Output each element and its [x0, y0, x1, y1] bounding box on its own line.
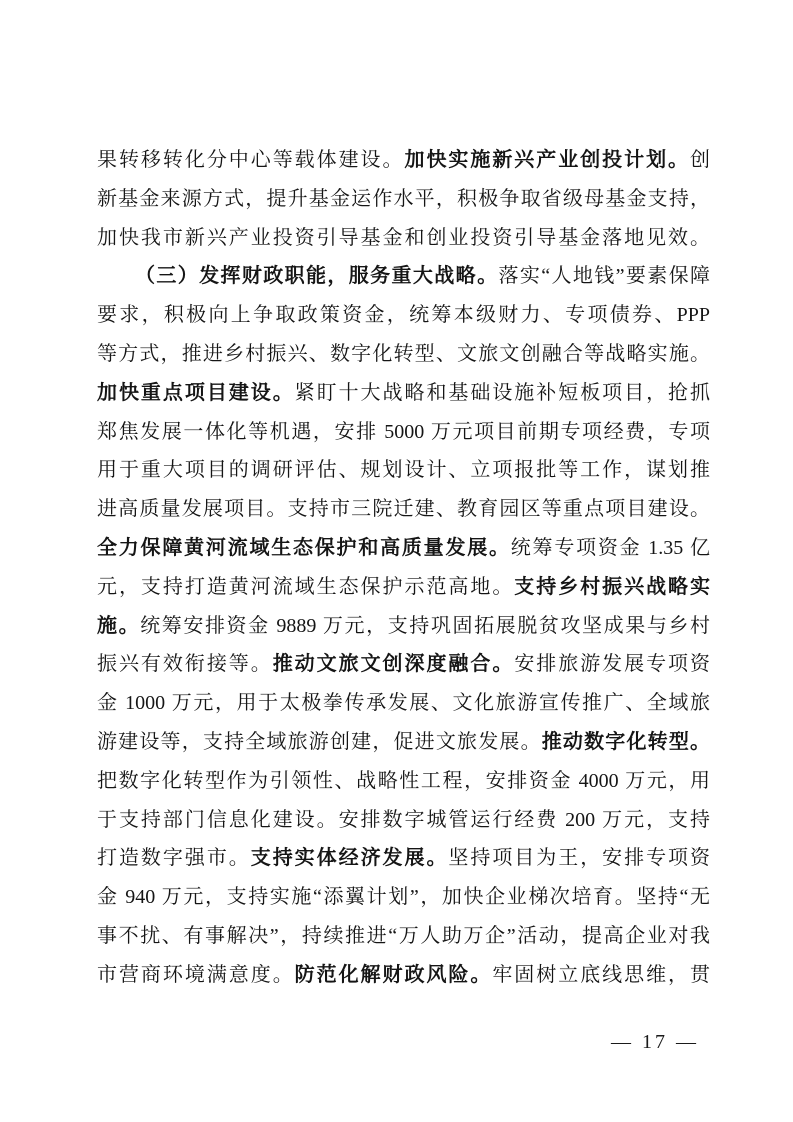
body-text: 统筹安排资金 9889 万元，支持巩固拓展脱贫攻坚成果与乡村 [140, 615, 710, 637]
text-line: 金 1000 万元，用于太极拳传承发展、文化旅游宣传推广、全域旅 [97, 684, 710, 723]
text-line: 事不扰、有事解决”，持续推进“万人助万企”活动，提高企业对我 [97, 917, 710, 956]
body-text: 市营商环境满意度。 [97, 964, 295, 986]
bold-emphasis-text: 支持乡村振兴战略实 [514, 576, 710, 598]
bold-emphasis-text: 推动数字化转型。 [542, 731, 710, 753]
body-text: 落实“人地钱”要素保障 [498, 265, 710, 287]
bold-emphasis-text: 推动文旅文创深度融合。 [273, 653, 515, 675]
body-text: 要求，积极向上争取政策资金，统筹本级财力、专项债券、PPP [97, 304, 710, 326]
body-text: 振兴有效衔接等。 [97, 653, 273, 675]
text-line: 把数字化转型作为引领性、战略性工程，安排资金 4000 万元，用 [97, 762, 710, 801]
text-block: 果转移转化分中心等载体建设。加快实施新兴产业创投计划。创新基金来源方式，提升基金… [97, 141, 710, 995]
text-line: 郑焦发展一体化等机遇，安排 5000 万元项目前期专项经费，专项 [97, 413, 710, 452]
text-line: 等方式，推进乡村振兴、数字化转型、文旅文创融合等战略实施。 [97, 335, 710, 374]
body-text: 新基金来源方式，提升基金运作水平，积极争取省级母基金支持， [97, 188, 710, 210]
body-text: 果转移转化分中心等载体建设。 [97, 149, 404, 171]
bold-emphasis-text: 支持实体经济发展。 [251, 847, 449, 869]
body-text: 等方式，推进乡村振兴、数字化转型、文旅文创融合等战略实施。 [97, 343, 710, 365]
body-text: 紧盯十大战略和基础设施补短板项目，抢抓 [295, 382, 710, 404]
body-text: 创 [690, 149, 710, 171]
body-text: 加快我市新兴产业投资引导基金和创业投资引导基金落地见效。 [97, 227, 710, 249]
body-text: 郑焦发展一体化等机遇，安排 5000 万元项目前期专项经费，专项 [97, 421, 710, 443]
text-line: 进高质量发展项目。支持市三院迁建、教育园区等重点项目建设。 [97, 490, 710, 529]
text-line: 金 940 万元，支持实施“添翼计划”，加快企业梯次培育。坚持“无 [97, 878, 710, 917]
bold-emphasis-text: 全力保障黄河流域生态保护和高质量发展。 [97, 537, 511, 559]
text-line: 于支持部门信息化建设。安排数字城管运行经费 200 万元，支持 [97, 801, 710, 840]
text-line: 加快我市新兴产业投资引导基金和创业投资引导基金落地见效。 [97, 219, 710, 258]
body-text: 进高质量发展项目。支持市三院迁建、教育园区等重点项目建设。 [97, 498, 710, 520]
body-text: 把数字化转型作为引领性、战略性工程，安排资金 4000 万元，用 [97, 770, 710, 792]
bold-emphasis-text: 防范化解财政风险。 [295, 964, 493, 986]
text-line: 元，支持打造黄河流域生态保护示范高地。支持乡村振兴战略实 [97, 568, 710, 607]
text-line: 用于重大项目的调研评估、规划设计、立项报批等工作，谋划推 [97, 451, 710, 490]
body-text: 用于重大项目的调研评估、规划设计、立项报批等工作，谋划推 [97, 459, 710, 481]
text-line: 要求，积极向上争取政策资金，统筹本级财力、专项债券、PPP [97, 296, 710, 335]
body-text: 安排旅游发展专项资 [514, 653, 710, 675]
body-text: 金 940 万元，支持实施“添翼计划”，加快企业梯次培育。坚持“无 [97, 886, 710, 908]
text-line: 加快重点项目建设。紧盯十大战略和基础设施补短板项目，抢抓 [97, 374, 710, 413]
text-line: 施。统筹安排资金 9889 万元，支持巩固拓展脱贫攻坚成果与乡村 [97, 607, 710, 646]
body-text: 游建设等，支持全域旅游创建，促进文旅发展。 [97, 731, 542, 753]
body-text: 元，支持打造黄河流域生态保护示范高地。 [97, 576, 514, 598]
text-line: （三）发挥财政职能，服务重大战略。落实“人地钱”要素保障 [97, 257, 710, 296]
text-line: 游建设等，支持全域旅游创建，促进文旅发展。推动数字化转型。 [97, 723, 710, 762]
body-text: 事不扰、有事解决”，持续推进“万人助万企”活动，提高企业对我 [97, 925, 710, 947]
text-line: 打造数字强市。支持实体经济发展。坚持项目为王，安排专项资 [97, 839, 710, 878]
body-text: 坚持项目为王，安排专项资 [448, 847, 710, 869]
bold-emphasis-text: 加快实施新兴产业创投计划。 [404, 149, 690, 171]
document-page: 果转移转化分中心等载体建设。加快实施新兴产业创投计划。创新基金来源方式，提升基金… [0, 0, 793, 1122]
text-line: 全力保障黄河流域生态保护和高质量发展。统筹专项资金 1.35 亿 [97, 529, 710, 568]
body-text: 金 1000 万元，用于太极拳传承发展、文化旅游宣传推广、全域旅 [97, 692, 710, 714]
bold-emphasis-text: （三）发挥财政职能，服务重大战略。 [135, 265, 498, 287]
text-line: 果转移转化分中心等载体建设。加快实施新兴产业创投计划。创 [97, 141, 710, 180]
body-text: 打造数字强市。 [97, 847, 251, 869]
bold-emphasis-text: 施。 [97, 615, 140, 637]
text-line: 市营商环境满意度。防范化解财政风险。牢固树立底线思维，贯 [97, 956, 710, 995]
body-text: 牢固树立底线思维，贯 [492, 964, 710, 986]
text-line: 新基金来源方式，提升基金运作水平，积极争取省级母基金支持， [97, 180, 710, 219]
text-line: 振兴有效衔接等。推动文旅文创深度融合。安排旅游发展专项资 [97, 645, 710, 684]
body-text: 统筹专项资金 1.35 亿 [511, 537, 710, 559]
page-number: — 17 — [585, 1027, 725, 1057]
bold-emphasis-text: 加快重点项目建设。 [97, 382, 295, 404]
body-text: 于支持部门信息化建设。安排数字城管运行经费 200 万元，支持 [97, 809, 710, 831]
